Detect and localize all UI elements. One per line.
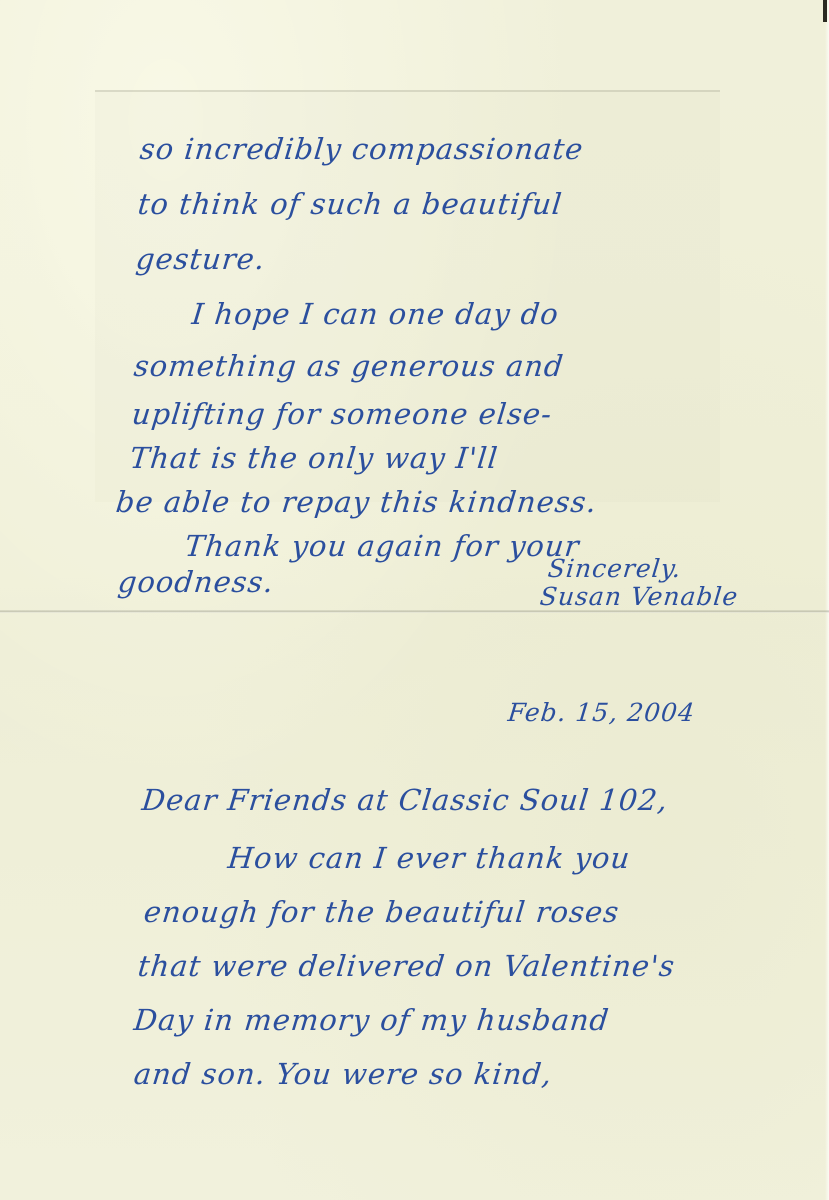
scan-edge-mark bbox=[823, 0, 827, 22]
letter-line: to think of such a beautiful bbox=[136, 190, 563, 219]
letter-line: that were delivered on Valentine's bbox=[136, 952, 676, 981]
letter-line: I hope I can one day do bbox=[190, 300, 560, 329]
letter-line: enough for the beautiful roses bbox=[142, 898, 620, 927]
letter-line: Day in memory of my husband bbox=[132, 1006, 610, 1035]
letter-line: and son. You were so kind, bbox=[132, 1060, 553, 1089]
paper-edge bbox=[825, 0, 829, 1200]
letter-line: goodness. bbox=[116, 568, 275, 597]
letter-line: be able to repay this kindness. bbox=[114, 488, 598, 517]
letter-line: gesture. bbox=[134, 245, 266, 274]
letter-line: uplifting for someone else- bbox=[130, 400, 553, 429]
salutation: Dear Friends at Classic Soul 102, bbox=[140, 786, 669, 815]
signature: Susan Venable bbox=[539, 584, 740, 609]
letter-line: That is the only way I'll bbox=[128, 444, 499, 473]
letter-line: something as generous and bbox=[132, 352, 565, 381]
letter-date: Feb. 15, 2004 bbox=[507, 700, 697, 725]
letter-line: so incredibly compassionate bbox=[138, 135, 584, 164]
letter-line: Thank you again for your bbox=[183, 532, 581, 561]
letter-line: How can I ever thank you bbox=[226, 844, 631, 873]
closing: Sincerely. bbox=[547, 556, 683, 581]
